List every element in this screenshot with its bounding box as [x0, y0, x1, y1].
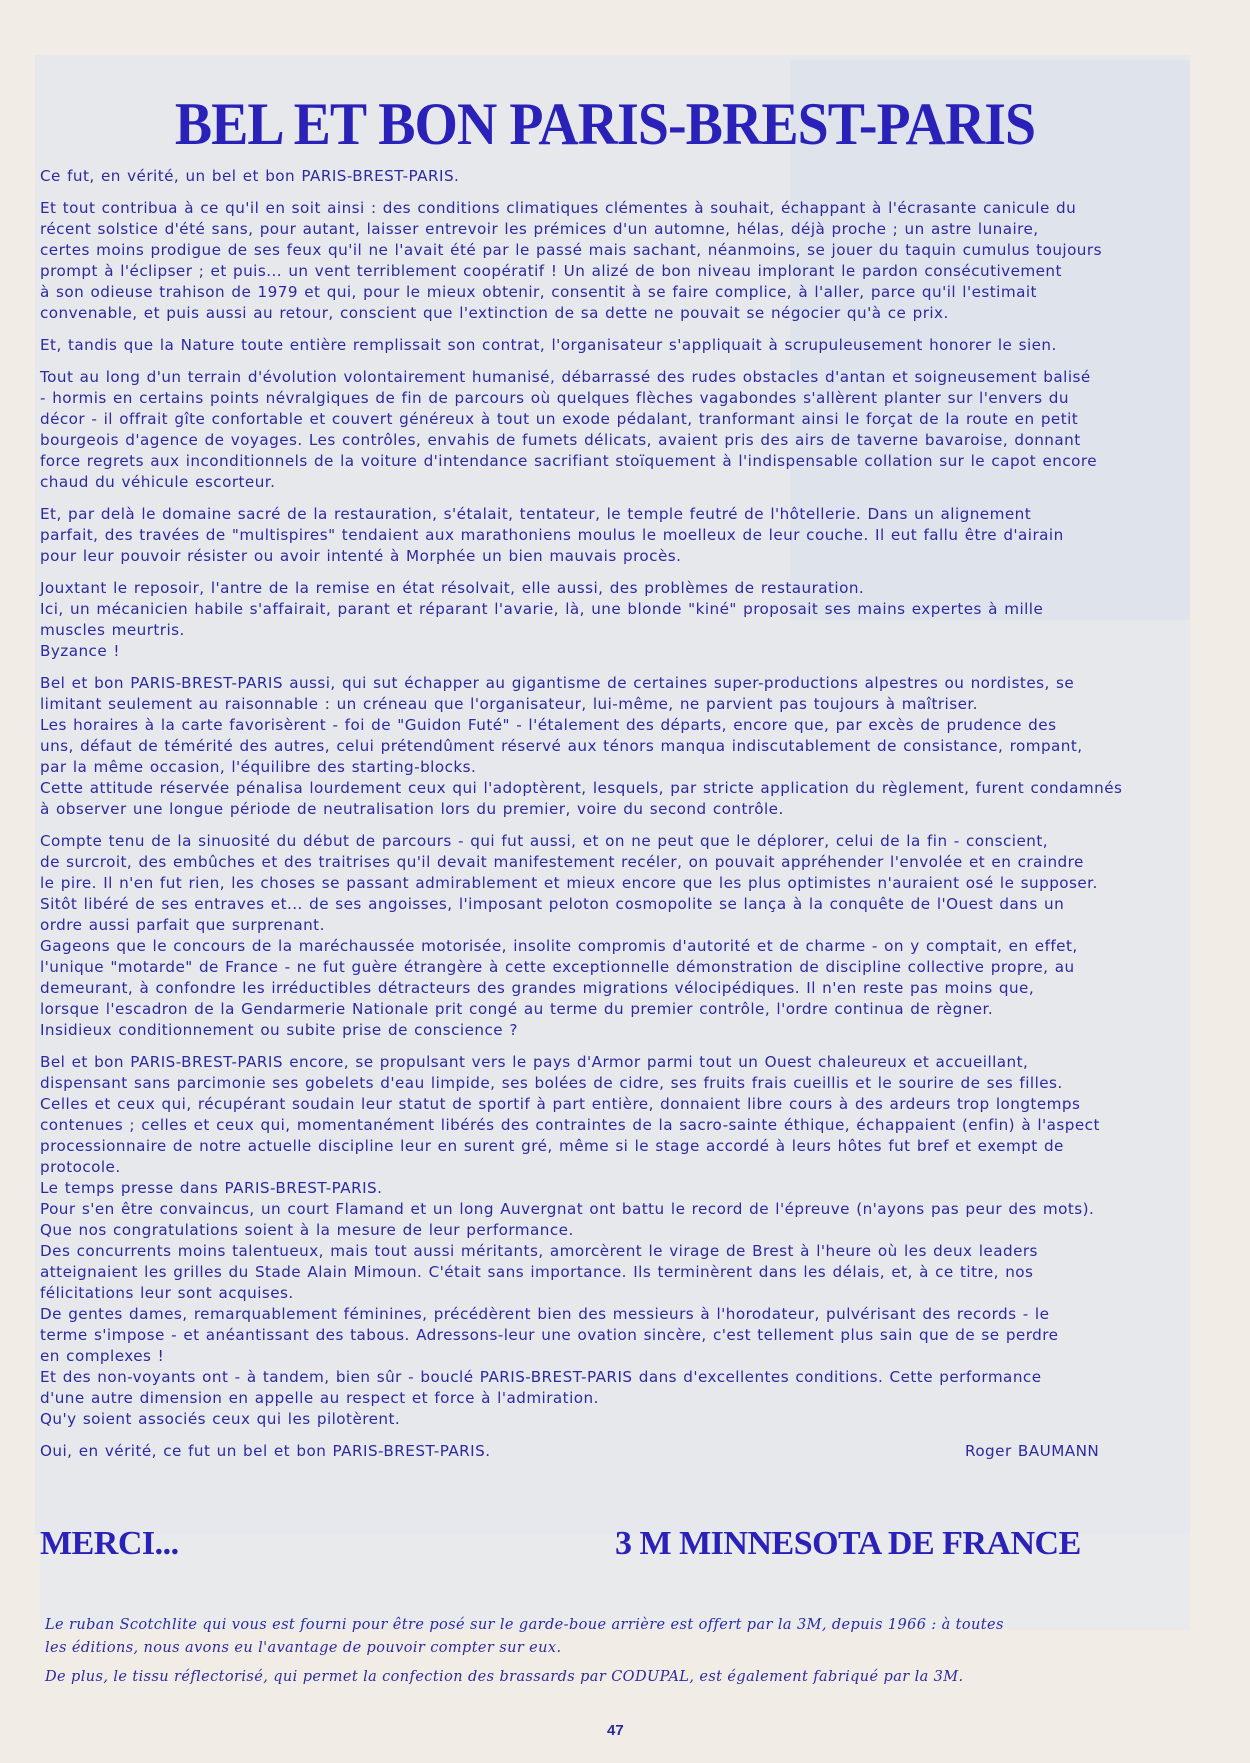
paragraph-peloton: Compte tenu de la sinuosité du début de … [40, 831, 1220, 1041]
text-line: l'unique "motarde" de France - ne fut gu… [40, 957, 1220, 978]
text-line: félicitations leur sont acquises. [40, 1283, 1220, 1304]
text-line: limitant seulement au raisonnable : un c… [40, 694, 1220, 715]
paragraph-west: Bel et bon PARIS-BREST-PARIS encore, se … [40, 1052, 1220, 1430]
signoff: Oui, en vérité, ce fut un bel et bon PAR… [40, 1441, 1220, 1462]
text-line: Celles et ceux qui, récupérant soudain l… [40, 1094, 1220, 1115]
text-line: Qu'y soient associés ceux qui les pilotè… [40, 1409, 1220, 1430]
page-number: 47 [607, 1722, 624, 1739]
paragraph-schedule: Bel et bon PARIS-BREST-PARIS aussi, qui … [40, 673, 1220, 820]
text-line: Tout au long d'un terrain d'évolution vo… [40, 367, 1220, 388]
text-line: convenable, et puis aussi au retour, con… [40, 303, 1220, 324]
text-line: terme s'impose - et anéantissant des tab… [40, 1325, 1220, 1346]
text-line: Ici, un mécanicien habile s'affairait, p… [40, 599, 1220, 620]
closing-line: Oui, en vérité, ce fut un bel et bon PAR… [40, 1442, 490, 1460]
text-line: Et des non-voyants ont - à tandem, bien … [40, 1367, 1220, 1388]
text-line: prompt à l'éclipser ; et puis... un vent… [40, 261, 1220, 282]
text-line: Sitôt libéré de ses entraves et... de se… [40, 894, 1220, 915]
paragraph-route: Tout au long d'un terrain d'évolution vo… [40, 367, 1220, 493]
text-line: Que nos congratulations soient à la mesu… [40, 1220, 1220, 1241]
sponsor-heading: 3 M MINNESOTA DE FRANCE [615, 1525, 1081, 1563]
text-line: Le temps presse dans PARIS-BREST-PARIS. [40, 1178, 1220, 1199]
text-line: certes moins prodigue de ses feux qu'il … [40, 240, 1220, 261]
text-line: parfait, des travées de "multispires" te… [40, 525, 1220, 546]
article-body: Ce fut, en vérité, un bel et bon PARIS-B… [40, 166, 1220, 1462]
text-line: demeurant, à confondre les irréductibles… [40, 978, 1220, 999]
sponsor-paragraph-1: Le ruban Scotchlite qui vous est fourni … [45, 1614, 1205, 1660]
text-line: à son odieuse trahison de 1979 et qui, p… [40, 282, 1220, 303]
text-line: Le ruban Scotchlite qui vous est fourni … [45, 1614, 1205, 1637]
text-line: dispensant sans parcimonie ses gobelets … [40, 1073, 1220, 1094]
text-line: pour leur pouvoir résister ou avoir inte… [40, 546, 1220, 567]
text-line: - hormis en certains points névralgiques… [40, 388, 1220, 409]
text-line: Gageons que le concours de la maréchauss… [40, 936, 1220, 957]
text-line: Bel et bon PARIS-BREST-PARIS encore, se … [40, 1052, 1220, 1073]
text-line: bourgeois d'agence de voyages. Les contr… [40, 430, 1220, 451]
text-line: Et tout contribua à ce qu'il en soit ain… [40, 198, 1220, 219]
text-line: Cette attitude réservée pénalisa lourdem… [40, 778, 1220, 799]
text-line: Jouxtant le reposoir, l'antre de la remi… [40, 578, 1220, 599]
text-line: Bel et bon PARIS-BREST-PARIS aussi, qui … [40, 673, 1220, 694]
text-line: Et, par delà le domaine sacré de la rest… [40, 504, 1220, 525]
text-line: force regrets aux inconditionnels de la … [40, 451, 1220, 472]
paragraph-climate: Et tout contribua à ce qu'il en soit ain… [40, 198, 1220, 324]
text-line: Pour s'en être convaincus, un court Flam… [40, 1199, 1220, 1220]
text-line: De gentes dames, remarquablement féminin… [40, 1304, 1220, 1325]
text-line: atteignaient les grilles du Stade Alain … [40, 1262, 1220, 1283]
thanks-heading: MERCI... [40, 1525, 179, 1563]
text-line: protocole. [40, 1157, 1220, 1178]
text-line: Des concurrents moins talentueux, mais t… [40, 1241, 1220, 1262]
text-line: le pire. Il n'en fut rien, les choses se… [40, 873, 1220, 894]
text-line: processionnaire de notre actuelle discip… [40, 1136, 1220, 1157]
text-line: Insidieux conditionnement ou subite pris… [40, 1020, 1220, 1041]
paragraph-hotel: Et, par delà le domaine sacré de la rest… [40, 504, 1220, 567]
text-line: en complexes ! [40, 1346, 1220, 1367]
text-line: Compte tenu de la sinuosité du début de … [40, 831, 1220, 852]
text-line: chaud du véhicule escorteur. [40, 472, 1220, 493]
article-intro: Ce fut, en vérité, un bel et bon PARIS-B… [40, 166, 1220, 187]
sponsor-text: Le ruban Scotchlite qui vous est fourni … [45, 1614, 1205, 1695]
text-line: Les horaires à la carte favorisèrent - f… [40, 715, 1220, 736]
text-line: ordre aussi parfait que surprenant. [40, 915, 1220, 936]
text-line: lorsque l'escadron de la Gendarmerie Nat… [40, 999, 1220, 1020]
text-line: récent solstice d'été sans, pour autant,… [40, 219, 1220, 240]
text-line: décor - il offrait gîte confortable et c… [40, 409, 1220, 430]
text-line: d'une autre dimension en appelle au resp… [40, 1388, 1220, 1409]
text-line: muscles meurtris. [40, 620, 1220, 641]
paragraph-repair: Jouxtant le reposoir, l'antre de la remi… [40, 578, 1220, 662]
text-line: de surcroit, des embûches et des traitri… [40, 852, 1220, 873]
text-line: les éditions, nous avons eu l'avantage d… [45, 1637, 1205, 1660]
author-signature: Roger BAUMANN [965, 1441, 1099, 1462]
text-line: uns, défaut de témérité des autres, celu… [40, 736, 1220, 757]
text-line: par la même occasion, l'équilibre des st… [40, 757, 1220, 778]
paragraph-organizer: Et, tandis que la Nature toute entière r… [40, 335, 1220, 356]
sponsor-paragraph-2: De plus, le tissu réflectorisé, qui perm… [45, 1666, 1205, 1689]
text-line: Byzance ! [40, 641, 1220, 662]
text-line: contenues ; celles et ceux qui, momentan… [40, 1115, 1220, 1136]
page-title: BEL ET BON PARIS-BREST-PARIS [42, 90, 1167, 159]
text-line: à observer une longue période de neutral… [40, 799, 1220, 820]
